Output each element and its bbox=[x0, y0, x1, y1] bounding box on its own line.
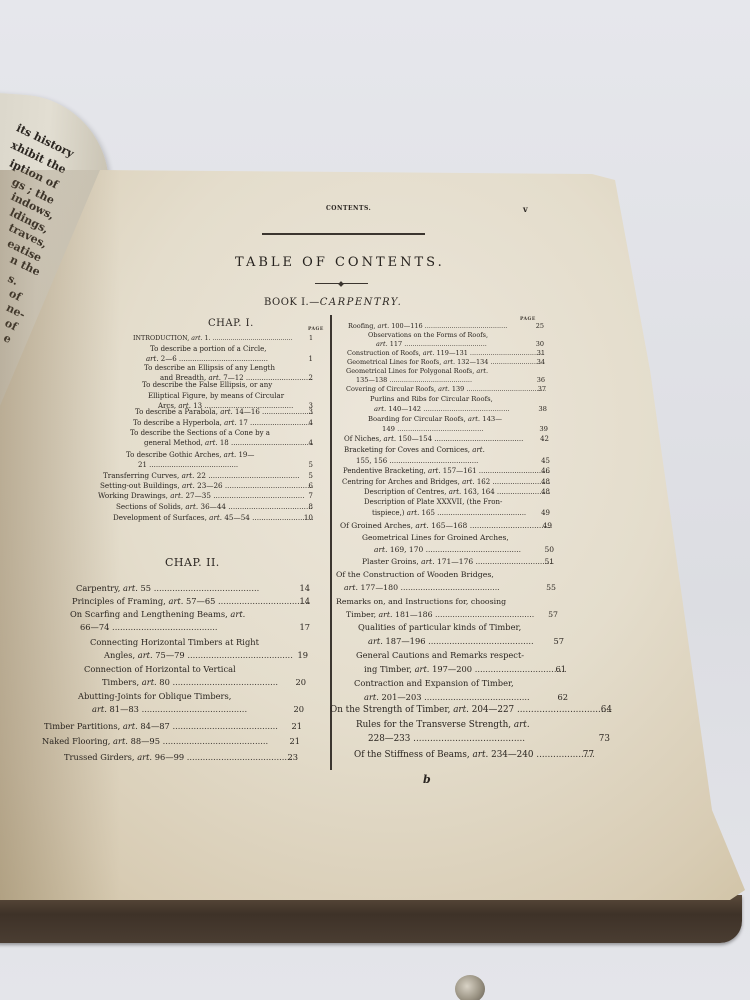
toc-entry-text: Purlins and Ribs for Circular Roofs, bbox=[370, 395, 493, 403]
toc-page-number: 20 bbox=[293, 703, 304, 716]
leader-dots: ........................................ bbox=[260, 408, 313, 416]
toc-page-number: 55 bbox=[546, 581, 556, 594]
toc-entry-line: Angles, art. 75—79 .....................… bbox=[80, 649, 308, 662]
toc-entry-text: To describe a Hyperbola, art. 17 bbox=[133, 419, 248, 427]
leader-dots: ........................................ bbox=[423, 322, 508, 330]
toc-entry-text: To describe Gothic Arches, art. 19— bbox=[126, 451, 254, 459]
toc-entry-text: Of Groined Arches, art. 165—168 bbox=[340, 521, 467, 530]
header-rule bbox=[262, 233, 425, 235]
toc-entry-line: Of Groined Arches, art. 165—168 ........… bbox=[340, 520, 552, 531]
toc-entry: Of the Stiffness of Beams, art. 234—240 … bbox=[332, 749, 594, 762]
toc-entry-text: 135—138 bbox=[356, 376, 387, 384]
toc-page-number: 37 bbox=[538, 385, 546, 394]
toc-page-number: 17 bbox=[299, 621, 310, 634]
toc-entry: Geometrical Lines for Groined Arches,art… bbox=[340, 532, 554, 556]
leader-dots: ........................................ bbox=[402, 340, 487, 348]
toc-page-number: 14 bbox=[299, 595, 310, 607]
toc-entry-line: art. 187—196 ...........................… bbox=[336, 634, 564, 648]
leader-dots: ........................................ bbox=[185, 650, 293, 660]
toc-entry-text: Abutting-Joints for Oblique Timbers, bbox=[78, 691, 231, 701]
leader-dots: ........................................ bbox=[139, 704, 247, 714]
leader-dots: ........................................ bbox=[514, 705, 612, 715]
book-prefix: BOOK I.— bbox=[264, 297, 320, 308]
toc-entry: Remarks on, and Instructions for, choosi… bbox=[336, 595, 558, 621]
toc-entry: Principles of Framing, art. 57—65 ......… bbox=[72, 595, 310, 607]
toc-entry-text: To describe the False Ellipsis, or any bbox=[142, 381, 272, 389]
toc-entry-line: Observations on the Forms of Roofs, bbox=[348, 331, 544, 340]
toc-entry-text: art. 169, 170 bbox=[374, 545, 423, 554]
book-heading: BOOK I.—CARPENTRY. bbox=[264, 297, 402, 308]
toc-entry-line: 228—233 ................................… bbox=[332, 732, 610, 746]
toc-entry-line: Timbers, art. 80 .......................… bbox=[70, 676, 306, 689]
toc-entry-text: Trussed Girders, art. 96—99 bbox=[64, 752, 184, 762]
chap1-heading: CHAP. I. bbox=[208, 318, 254, 329]
toc-entry-line: Elliptical Figure, by means of Circular bbox=[138, 391, 313, 402]
book-name: CARPENTRY. bbox=[320, 297, 403, 308]
toc-page-number: 4 bbox=[309, 418, 313, 428]
toc-entry-text: Connecting Horizontal Timbers at Right bbox=[90, 637, 259, 647]
chap2-heading: CHAP. II. bbox=[165, 556, 220, 569]
toc-entry-line: general Method, art. 18 ................… bbox=[130, 438, 313, 448]
toc-entry-text: Transferring Curves, art. 22 bbox=[103, 471, 206, 480]
toc-entry-text: art. 140—142 bbox=[374, 405, 421, 413]
toc-page-number: 5 bbox=[309, 460, 313, 470]
toc-entry: Rules for the Transverse Strength, art.2… bbox=[332, 718, 610, 746]
toc-entry-text: art. 187—196 bbox=[368, 636, 426, 646]
toc-entry-line: Of the Stiffness of Beams, art. 234—240 … bbox=[332, 749, 594, 762]
toc-entry-line: art. 169, 170 ..........................… bbox=[340, 544, 554, 556]
toc-entry-line: To describe the Sections of a Cone by a bbox=[130, 428, 313, 438]
toc-entry: INTRODUCTION, art. 1. ..................… bbox=[133, 335, 313, 343]
toc-entry-line: 155, 156 ...............................… bbox=[344, 456, 550, 467]
toc-page-number: 62 bbox=[557, 690, 568, 704]
toc-entry-text: Geometrical Lines for Roofs, art. 132—13… bbox=[347, 358, 488, 366]
toc-entry-line: Plaster Groins, art. 171—176 ...........… bbox=[340, 556, 554, 568]
leader-dots: ........................................ bbox=[410, 734, 525, 744]
toc-entry-text: 155, 156 bbox=[356, 457, 387, 465]
toc-entry-text: Geometrical Lines for Polygonal Roofs, a… bbox=[346, 367, 488, 375]
leader-dots: ........................................ bbox=[477, 467, 550, 475]
leader-dots: ........................................ bbox=[433, 610, 535, 619]
leader-dots: ........................................ bbox=[109, 622, 217, 632]
toc-entry-text: Carpentry, art. 55 bbox=[76, 583, 151, 593]
toc-page-number: 64 bbox=[601, 704, 612, 717]
toc-entry-line: Naked Flooring, art. 88—95 .............… bbox=[42, 735, 300, 747]
toc-entry-text: Angles, art. 75—79 bbox=[104, 650, 185, 660]
toc-page-number: 38 bbox=[538, 404, 547, 414]
toc-entry-line: To describe the False Ellipsis, or any bbox=[138, 380, 313, 391]
toc-page-number: 10 bbox=[304, 513, 313, 523]
leader-dots: ........................................ bbox=[395, 425, 484, 433]
toc-entry-text: Setting-out Buildings, art. 23—26 bbox=[100, 481, 223, 490]
toc-entry-text: art. 177—180 bbox=[344, 583, 398, 592]
toc-entry-text: Construction of Roofs, art. 119—131 bbox=[347, 349, 468, 357]
left-page-text: s. bbox=[6, 272, 21, 288]
toc-entry: On the Strength of Timber, art. 204—227 … bbox=[330, 704, 612, 717]
toc-entry-text: Bracketing for Coves and Cornices, art. bbox=[344, 446, 485, 454]
toc-entry-text: Roofing, art. 100—116 bbox=[348, 322, 423, 330]
toc-entry-text: art. 2—6 bbox=[146, 355, 177, 363]
toc-entry: To describe the Sections of a Cone by ag… bbox=[130, 428, 313, 448]
toc-entry-line: Carpentry, art. 55 .....................… bbox=[76, 582, 310, 594]
leader-dots: ........................................ bbox=[215, 596, 310, 606]
toc-entry: Roofing, art. 100—116 ..................… bbox=[348, 322, 544, 331]
toc-entry-text: Of the Construction of Wooden Bridges, bbox=[336, 570, 494, 579]
toc-page-number: 7 bbox=[308, 491, 313, 501]
toc-entry-line: Connection of Horizontal to Vertical bbox=[70, 663, 306, 676]
toc-entry: To describe a Parabola, art. 14—16 .....… bbox=[135, 407, 313, 417]
toc-entry-text: art. 201—203 bbox=[364, 692, 422, 702]
toc-entry-line: Of Niches, art. 150—154 ................… bbox=[344, 434, 549, 444]
toc-entry-text: INTRODUCTION, art. 1. bbox=[133, 335, 211, 342]
toc-entry-text: Development of Surfaces, art. 45—54 bbox=[113, 513, 250, 522]
toc-entry: Plaster Groins, art. 171—176 ...........… bbox=[340, 556, 554, 568]
toc-entry-text: Description of Plate XXXVII, (the Fron- bbox=[364, 498, 502, 506]
toc-page-number: 25 bbox=[536, 322, 544, 331]
toc-entry: Development of Surfaces, art. 45—54 ....… bbox=[113, 513, 313, 523]
leader-dots: ........................................ bbox=[223, 481, 313, 490]
toc-entry-line: Rules for the Transverse Strength, art. bbox=[332, 718, 610, 732]
leader-dots: ........................................ bbox=[472, 664, 566, 674]
toc-entry: Carpentry, art. 55 .....................… bbox=[76, 582, 310, 594]
toc-entry-text: General Cautions and Remarks respect- bbox=[356, 650, 524, 660]
toc-entry: Trussed Girders, art. 96—99 ............… bbox=[64, 751, 298, 763]
toc-page-number: 8 bbox=[308, 502, 313, 512]
toc-entry-text: general Method, art. 18 bbox=[144, 439, 229, 447]
toc-entry: On Scarfing and Lengthening Beams, art.6… bbox=[70, 608, 310, 634]
leader-dots: ........................................ bbox=[421, 405, 510, 413]
leader-dots: ........................................ bbox=[177, 355, 268, 363]
toc-page-number: 39 bbox=[539, 424, 548, 434]
toc-entry: To describe a portion of a Circle,art. 2… bbox=[142, 344, 313, 364]
toc-entry: Connecting Horizontal Timbers at RightAn… bbox=[80, 636, 308, 662]
leader-dots: ........................................ bbox=[206, 471, 300, 480]
leader-dots: ........................................ bbox=[426, 636, 534, 646]
toc-entry-text: Timbers, art. 80 bbox=[102, 677, 170, 687]
toc-entry-line: Boarding for Circular Roofs, art. 143— bbox=[346, 414, 548, 424]
toc-entry-line: Remarks on, and Instructions for, choosi… bbox=[336, 595, 558, 608]
toc-page-number: 20 bbox=[295, 676, 306, 689]
toc-entry-line: Setting-out Buildings, art. 23—26 ......… bbox=[100, 481, 313, 491]
toc-entry-text: Principles of Framing, art. 57—65 bbox=[72, 596, 215, 606]
toc-page-number: 42 bbox=[540, 434, 549, 444]
toc-entry-line: Working Drawings, art. 27—35 ...........… bbox=[98, 491, 313, 501]
toc-page-number: 3 bbox=[309, 407, 313, 417]
leader-dots: ........................................ bbox=[468, 349, 545, 357]
toc-entry-text: Contraction and Expansion of Timber, bbox=[354, 678, 514, 688]
leader-dots: ........................................ bbox=[422, 692, 530, 702]
toc-entry-line: Transferring Curves, art. 22 ...........… bbox=[103, 471, 313, 481]
leader-dots: ........................................ bbox=[147, 461, 238, 469]
toc-entry-line: 149 ....................................… bbox=[346, 424, 548, 434]
signature-mark: b bbox=[423, 773, 431, 786]
toc-entry: Boarding for Circular Roofs, art. 143—14… bbox=[346, 414, 548, 434]
toc-entry-text: Observations on the Forms of Roofs, bbox=[368, 331, 488, 339]
toc-entry: Of the Construction of Wooden Bridges,ar… bbox=[336, 568, 556, 594]
toc-entry: Working Drawings, art. 27—35 ...........… bbox=[98, 491, 313, 501]
toc-entry-line: 21 .....................................… bbox=[126, 460, 313, 470]
toc-entry-line: Description of Plate XXXVII, (the Fron- bbox=[342, 497, 550, 508]
toc-entry: Observations on the Forms of Roofs,art. … bbox=[348, 331, 544, 349]
toc-entry-text: Of Niches, art. 150—154 bbox=[344, 435, 432, 443]
leader-dots: ........................................ bbox=[184, 752, 292, 762]
toc-page-number: 5 bbox=[308, 471, 313, 481]
leader-dots: ........................................ bbox=[170, 721, 278, 731]
toc-entry-text: Description of Centres, art. 163, 164 bbox=[364, 488, 495, 496]
title-ornament bbox=[315, 283, 368, 284]
toc-entry-text: On Scarfing and Lengthening Beams, art. bbox=[70, 609, 245, 619]
toc-entry-text: To describe an Ellipsis of any Length bbox=[144, 364, 275, 372]
toc-entry: Abutting-Joints for Oblique Timbers,art.… bbox=[68, 690, 304, 716]
toc-entry-text: To describe a Parabola, art. 14—16 bbox=[135, 408, 260, 416]
toc-entry-line: ing Timber, art. 197—200 ...............… bbox=[334, 662, 566, 676]
toc-page-number: 6 bbox=[308, 481, 313, 491]
leader-dots: ........................................ bbox=[423, 545, 521, 554]
toc-entry: Geometrical Lines for Roofs, art. 132—13… bbox=[347, 358, 545, 367]
toc-entry: Setting-out Buildings, art. 23—26 ......… bbox=[100, 481, 313, 491]
toc-entry-text: Covering of Circular Roofs, art. 139 bbox=[346, 385, 464, 393]
toc-entry-text: Centring for Arches and Bridges, art. 16… bbox=[342, 478, 490, 486]
toc-page-number: 57 bbox=[553, 634, 564, 648]
toc-entry-line: 66—74 ..................................… bbox=[70, 621, 310, 634]
toc-entry-line: art. 140—142 ...........................… bbox=[346, 404, 547, 414]
toc-entry-line: art. 201—203 ...........................… bbox=[332, 690, 568, 704]
toc-entry-text: Working Drawings, art. 27—35 bbox=[98, 491, 211, 500]
toc-entry-line: art. 177—180 ...........................… bbox=[336, 581, 556, 594]
toc-page-number: 46 bbox=[541, 466, 550, 476]
toc-entry-line: Geometrical Lines for Groined Arches, bbox=[340, 532, 554, 544]
toc-entry-text: Naked Flooring, art. 88—95 bbox=[42, 736, 160, 746]
toc-entry-text: Plaster Groins, art. 171—176 bbox=[362, 557, 473, 566]
toc-entry-text: art. 81—83 bbox=[92, 704, 139, 714]
book-cover bbox=[0, 895, 742, 943]
toc-entry-text: On the Strength of Timber, art. 204—227 bbox=[330, 705, 514, 715]
toc-entry-text: Timber, art. 181—186 bbox=[346, 610, 433, 619]
toc-entry-text: Connection of Horizontal to Vertical bbox=[84, 664, 236, 674]
toc-page-number: 34 bbox=[537, 358, 545, 367]
toc-entry-text: 149 bbox=[382, 425, 395, 433]
toc-entry-line: Qualities of particular kinds of Timber, bbox=[336, 620, 564, 634]
leader-dots: ........................................ bbox=[248, 419, 313, 427]
toc-entry: Contraction and Expansion of Timber,art.… bbox=[332, 676, 568, 704]
toc-entry-text: Pendentive Bracketing, art. 157—161 bbox=[343, 467, 477, 475]
toc-entry-line: Geometrical Lines for Roofs, art. 132—13… bbox=[347, 358, 545, 367]
toc-entry-text: Of the Stiffness of Beams, art. 234—240 bbox=[354, 750, 533, 760]
toc-entry-text: ing Timber, art. 197—200 bbox=[364, 664, 472, 674]
toc-entry: To describe a Hyperbola, art. 17 .......… bbox=[133, 418, 313, 428]
toc-entry: Sections of Solids, art. 36—44 .........… bbox=[116, 502, 313, 512]
toc-entry-text: tispiece,) art. 165 bbox=[372, 509, 435, 517]
toc-entry-text: To describe a portion of a Circle, bbox=[150, 345, 266, 353]
toc-page-number: 73 bbox=[599, 732, 610, 746]
toc-entry-line: On Scarfing and Lengthening Beams, art. bbox=[70, 608, 310, 621]
toc-entry-text: Boarding for Circular Roofs, art. 143— bbox=[368, 415, 502, 423]
page-folio: v bbox=[523, 204, 528, 214]
toc-page-number: 21 bbox=[289, 735, 300, 747]
toc-entry-text: Sections of Solids, art. 36—44 bbox=[116, 502, 226, 511]
toc-entry-text: Elliptical Figure, by means of Circular bbox=[148, 392, 284, 400]
toc-entry-line: Geometrical Lines for Polygonal Roofs, a… bbox=[346, 367, 545, 376]
toc-entry-line: Of the Construction of Wooden Bridges, bbox=[336, 568, 556, 581]
toc-entry: Geometrical Lines for Polygonal Roofs, a… bbox=[346, 367, 545, 385]
leader-dots: ........................................ bbox=[432, 435, 523, 443]
toc-entry-line: Roofing, art. 100—116 ..................… bbox=[348, 322, 544, 331]
toc-entry: Qualities of particular kinds of Timber,… bbox=[336, 620, 564, 648]
toc-entry: Bracketing for Coves and Cornices, art.1… bbox=[344, 445, 550, 466]
toc-page-number: 48 bbox=[541, 477, 550, 487]
toc-entry: Description of Centres, art. 163, 164 ..… bbox=[342, 487, 550, 497]
page-column-label-left: PAGE bbox=[308, 327, 324, 332]
leader-dots: ........................................ bbox=[160, 736, 268, 746]
toc-entry-text: Qualities of particular kinds of Timber, bbox=[358, 622, 521, 632]
toc-entry-line: To describe Gothic Arches, art. 19— bbox=[126, 450, 313, 460]
toc-entry-text: To describe the Sections of a Cone by a bbox=[130, 429, 270, 437]
toc-page-number: 61 bbox=[555, 662, 566, 676]
toc-entry: Centring for Arches and Bridges, art. 16… bbox=[342, 477, 550, 487]
toc-page-number: 45 bbox=[541, 456, 550, 467]
toc-entry-line: Construction of Roofs, art. 119—131 ....… bbox=[347, 349, 545, 358]
toc-entry-line: Connecting Horizontal Timbers at Right bbox=[80, 636, 308, 649]
toc-entry-line: Purlins and Ribs for Circular Roofs, bbox=[346, 394, 547, 404]
toc-page-number: 36 bbox=[537, 376, 545, 385]
toc-entry: General Cautions and Remarks respect-ing… bbox=[334, 648, 566, 676]
toc-entry: Of Groined Arches, art. 165—168 ........… bbox=[340, 520, 552, 531]
left-page-text: e bbox=[1, 331, 13, 346]
toc-entry-line: To describe a Parabola, art. 14—16 .....… bbox=[135, 407, 313, 417]
toc-entry-text: art. 117 bbox=[376, 340, 402, 348]
toc-page-number: 19 bbox=[297, 649, 308, 662]
toc-page-number: 23 bbox=[287, 751, 298, 763]
toc-entry-line: To describe an Ellipsis of any Length bbox=[140, 363, 313, 373]
toc-entry-line: Bracketing for Coves and Cornices, art. bbox=[344, 445, 550, 456]
toc-entry-line: 135—138 ................................… bbox=[346, 376, 545, 385]
toc-page-number: 4 bbox=[309, 438, 313, 448]
toc-entry-text: Timber Partitions, art. 84—87 bbox=[44, 721, 170, 731]
toc-entry-text: Geometrical Lines for Groined Arches, bbox=[362, 533, 509, 542]
toc-entry-line: General Cautions and Remarks respect- bbox=[334, 648, 566, 662]
leader-dots: ........................................ bbox=[211, 491, 305, 500]
toc-entry-line: Description of Centres, art. 163, 164 ..… bbox=[342, 487, 550, 497]
toc-entry: Transferring Curves, art. 22 ...........… bbox=[103, 471, 313, 481]
toc-page-number: 49 bbox=[542, 520, 552, 531]
leader-dots: ........................................ bbox=[387, 376, 472, 384]
toc-entry: Description of Plate XXXVII, (the Fron-t… bbox=[342, 497, 550, 519]
toc-entry-text: Rules for the Transverse Strength, art. bbox=[356, 720, 530, 730]
toc-entry-line: art. 81—83 .............................… bbox=[68, 703, 304, 716]
toc-entry: Construction of Roofs, art. 119—131 ....… bbox=[347, 349, 545, 358]
toc-page-number: 31 bbox=[537, 349, 545, 358]
toc-page-number: 49 bbox=[541, 508, 550, 519]
leader-dots: ........................................ bbox=[464, 385, 546, 393]
toc-entry-line: On the Strength of Timber, art. 204—227 … bbox=[330, 704, 612, 717]
pushpin bbox=[455, 975, 485, 1000]
toc-page-number: 77 bbox=[583, 749, 594, 762]
toc-entry: To describe Gothic Arches, art. 19—21 ..… bbox=[126, 450, 313, 470]
toc-entry-text: 21 bbox=[138, 461, 147, 469]
toc-entry-line: Centring for Arches and Bridges, art. 16… bbox=[342, 477, 550, 487]
toc-entry-line: Covering of Circular Roofs, art. 139 ...… bbox=[346, 385, 546, 394]
leader-dots: ........................................ bbox=[467, 521, 552, 530]
toc-entry-line: Development of Surfaces, art. 45—54 ....… bbox=[113, 513, 313, 523]
leader-dots: ........................................ bbox=[211, 335, 293, 342]
toc-entry: Connection of Horizontal to VerticalTimb… bbox=[70, 663, 306, 689]
toc-entry-text: Remarks on, and Instructions for, choosi… bbox=[336, 597, 506, 606]
toc-entry-line: INTRODUCTION, art. 1. ..................… bbox=[133, 335, 313, 343]
toc-page-number: 1 bbox=[309, 335, 313, 343]
toc-page-number: 30 bbox=[536, 340, 544, 349]
toc-page-number: 21 bbox=[291, 720, 302, 732]
leader-dots: ........................................ bbox=[387, 457, 478, 465]
toc-page-number: 51 bbox=[544, 556, 554, 568]
leader-dots: ........................................ bbox=[398, 583, 500, 592]
toc-entry-line: To describe a Hyperbola, art. 17 .......… bbox=[133, 418, 313, 428]
toc-entry: Pendentive Bracketing, art. 157—161 ....… bbox=[343, 466, 550, 476]
toc-entry: Naked Flooring, art. 88—95 .............… bbox=[42, 735, 300, 747]
toc-entry-line: Contraction and Expansion of Timber, bbox=[332, 676, 568, 690]
toc-entry-text: 228—233 bbox=[368, 734, 410, 744]
toc-entry-line: Abutting-Joints for Oblique Timbers, bbox=[68, 690, 304, 703]
toc-entry-line: Pendentive Bracketing, art. 157—161 ....… bbox=[343, 466, 550, 476]
running-head: CONTENTS. bbox=[326, 205, 371, 212]
toc-entry-line: art. 117 ...............................… bbox=[348, 340, 544, 349]
toc-page-number: 14 bbox=[299, 582, 310, 594]
leader-dots: ........................................ bbox=[151, 583, 259, 593]
leader-dots: ........................................ bbox=[229, 439, 313, 447]
toc-entry-line: Trussed Girders, art. 96—99 ............… bbox=[64, 751, 298, 763]
leader-dots: ........................................ bbox=[435, 509, 526, 517]
toc-entry-line: To describe a portion of a Circle, bbox=[142, 344, 313, 354]
leader-dots: ........................................ bbox=[170, 677, 278, 687]
toc-entry-text: 66—74 bbox=[80, 622, 109, 632]
toc-entry-line: Timber Partitions, art. 84—87 ..........… bbox=[44, 720, 302, 732]
toc-entry-line: Sections of Solids, art. 36—44 .........… bbox=[116, 502, 313, 512]
toc-page-number: 50 bbox=[544, 544, 554, 556]
toc-entry: Timber Partitions, art. 84—87 ..........… bbox=[44, 720, 302, 732]
toc-entry: Covering of Circular Roofs, art. 139 ...… bbox=[346, 385, 546, 394]
page-title: TABLE OF CONTENTS. bbox=[235, 255, 445, 270]
toc-entry: Of Niches, art. 150—154 ................… bbox=[344, 434, 549, 444]
toc-page-number: 48 bbox=[541, 487, 550, 497]
leader-dots: ........................................ bbox=[473, 557, 554, 566]
toc-entry: Purlins and Ribs for Circular Roofs,art.… bbox=[346, 394, 547, 414]
toc-entry-line: tispiece,) art. 165 ....................… bbox=[342, 508, 550, 519]
toc-entry-line: Principles of Framing, art. 57—65 ......… bbox=[72, 595, 310, 607]
leader-dots: ........................................ bbox=[226, 502, 313, 511]
